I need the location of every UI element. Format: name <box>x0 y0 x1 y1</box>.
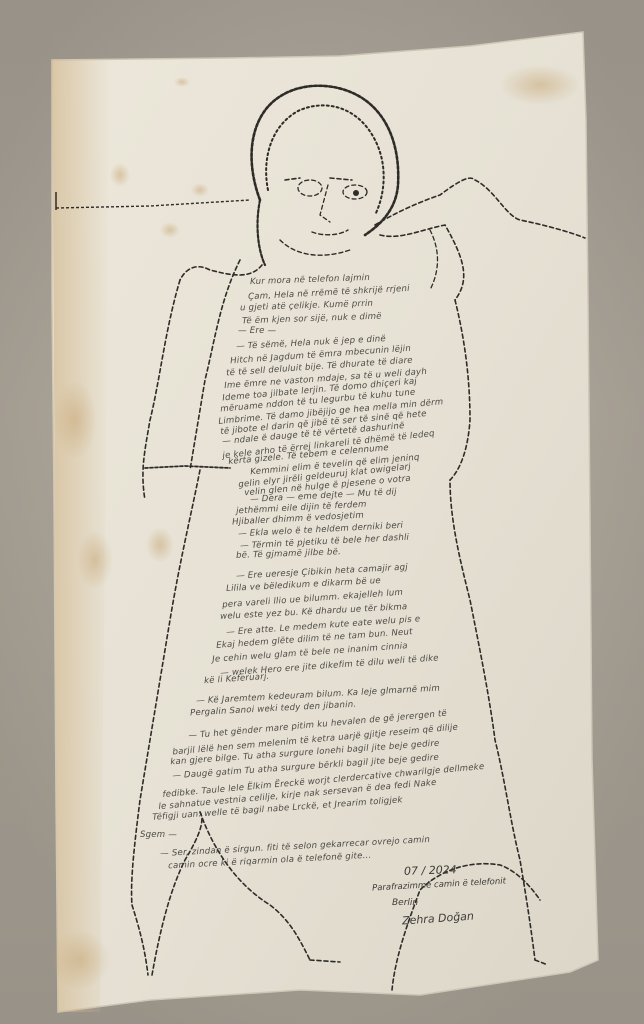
embroidered-cloth <box>0 0 644 1024</box>
cloth-sheet <box>52 32 598 1012</box>
